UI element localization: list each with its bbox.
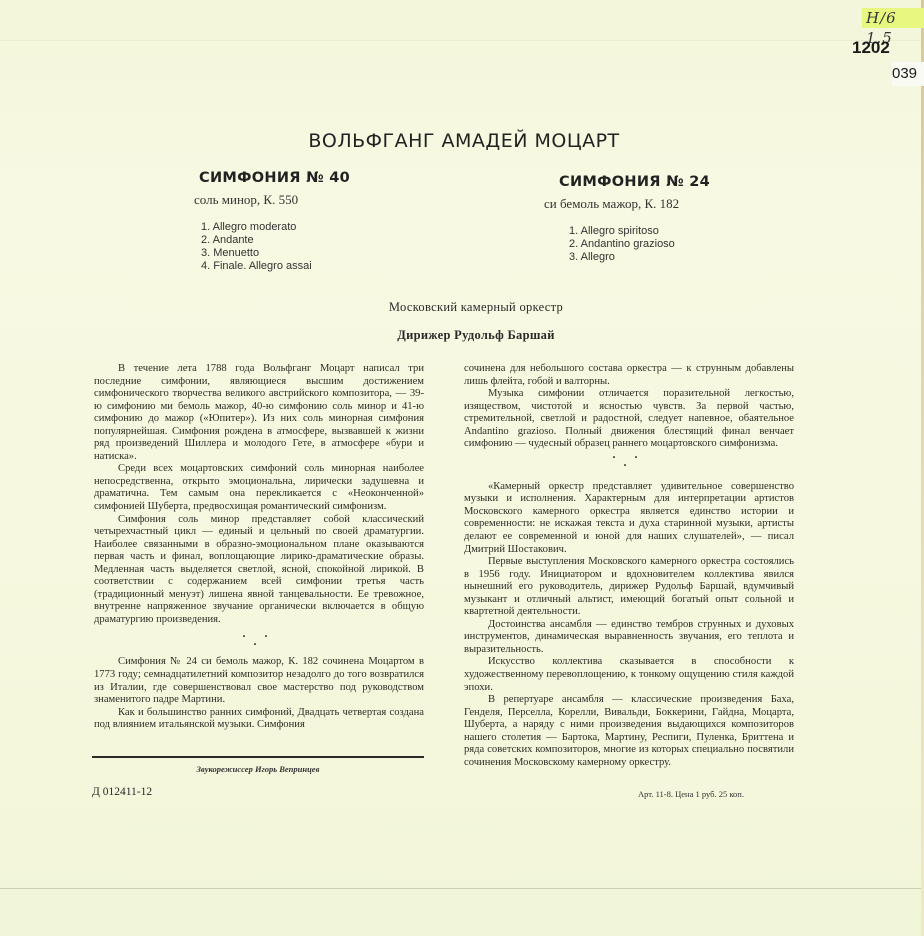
movement-item: 2. Andante (201, 234, 312, 247)
paragraph: сочинена для небольшого состава оркестра… (464, 363, 794, 388)
paragraph: Достоинства ансамбля — единство тембров … (464, 619, 794, 657)
catalog-number: Д 012411-12 (92, 786, 152, 798)
movement-item: 1. Allegro spiritoso (569, 225, 675, 238)
paragraph: В течение лета 1788 года Вольфганг Моцар… (94, 363, 424, 463)
paragraph: Как и большинство ранних симфоний, Двадц… (94, 707, 424, 732)
paragraph: Симфония № 24 си бемоль мажор, К. 182 со… (94, 656, 424, 706)
catalog-sticker-second: 039 (892, 62, 924, 86)
paragraph: Музыка симфонии отличается поразительной… (464, 388, 794, 451)
movement-item: 4. Finale. Allegro assai (201, 260, 312, 273)
price-info: Арт. 11-8. Цена 1 руб. 25 коп. (638, 789, 744, 799)
orchestra-name: Московский камерный оркестр (0, 300, 924, 315)
paragraph: В репертуаре ансамбля — классические про… (464, 694, 794, 769)
crease-line (0, 40, 924, 41)
fold-line (0, 888, 924, 889)
paragraph: Среди всех моцартовских симфоний соль ми… (94, 463, 424, 513)
movement-item: 3. Menuetto (201, 247, 312, 260)
conductor-name: Дирижер Рудольф Баршай (0, 328, 924, 343)
movement-item: 2. Andantino grazioso (569, 238, 675, 251)
symphony-24-title: СИМФОНИЯ № 24 (559, 174, 710, 190)
sound-engineer-credit: Звукорежиссер Игорь Вепринцев (92, 764, 424, 774)
paragraph: Первые выступления Московского камерного… (464, 556, 794, 619)
record-back-cover: Н/6 1.5 1202 039 ВОЛЬФГАНГ АМАДЕЙ МОЦАРТ… (0, 0, 924, 936)
catalog-sticker-top: 1202 (852, 38, 890, 58)
section-divider-dots: ··· (464, 451, 794, 481)
paragraph: Искусство коллектива сказывается в спосо… (464, 656, 794, 694)
symphony-24-movements: 1. Allegro spiritoso 2. Andantino grazio… (569, 225, 675, 264)
liner-notes-right: сочинена для небольшого состава оркестра… (464, 363, 794, 769)
handwritten-label: Н/6 1.5 (862, 8, 924, 28)
movement-item: 3. Allegro (569, 251, 675, 264)
section-divider-dots: ··· (94, 626, 424, 656)
liner-notes-left: В течение лета 1788 года Вольфганг Моцар… (94, 363, 424, 732)
footer-rule (92, 756, 424, 758)
paragraph: «Камерный оркестр представляет удивитель… (464, 481, 794, 556)
paragraph: Симфония соль минор представляет собой к… (94, 514, 424, 627)
composer-title: ВОЛЬФГАНГ АМАДЕЙ МОЦАРТ (0, 130, 924, 152)
symphony-40-movements: 1. Allegro moderato 2. Andante 3. Menuet… (201, 221, 312, 273)
movement-item: 1. Allegro moderato (201, 221, 312, 234)
symphony-24-key: си бемоль мажор, К. 182 (544, 196, 679, 212)
symphony-40-title: СИМФОНИЯ № 40 (199, 170, 350, 186)
symphony-40-key: соль минор, К. 550 (194, 192, 298, 208)
